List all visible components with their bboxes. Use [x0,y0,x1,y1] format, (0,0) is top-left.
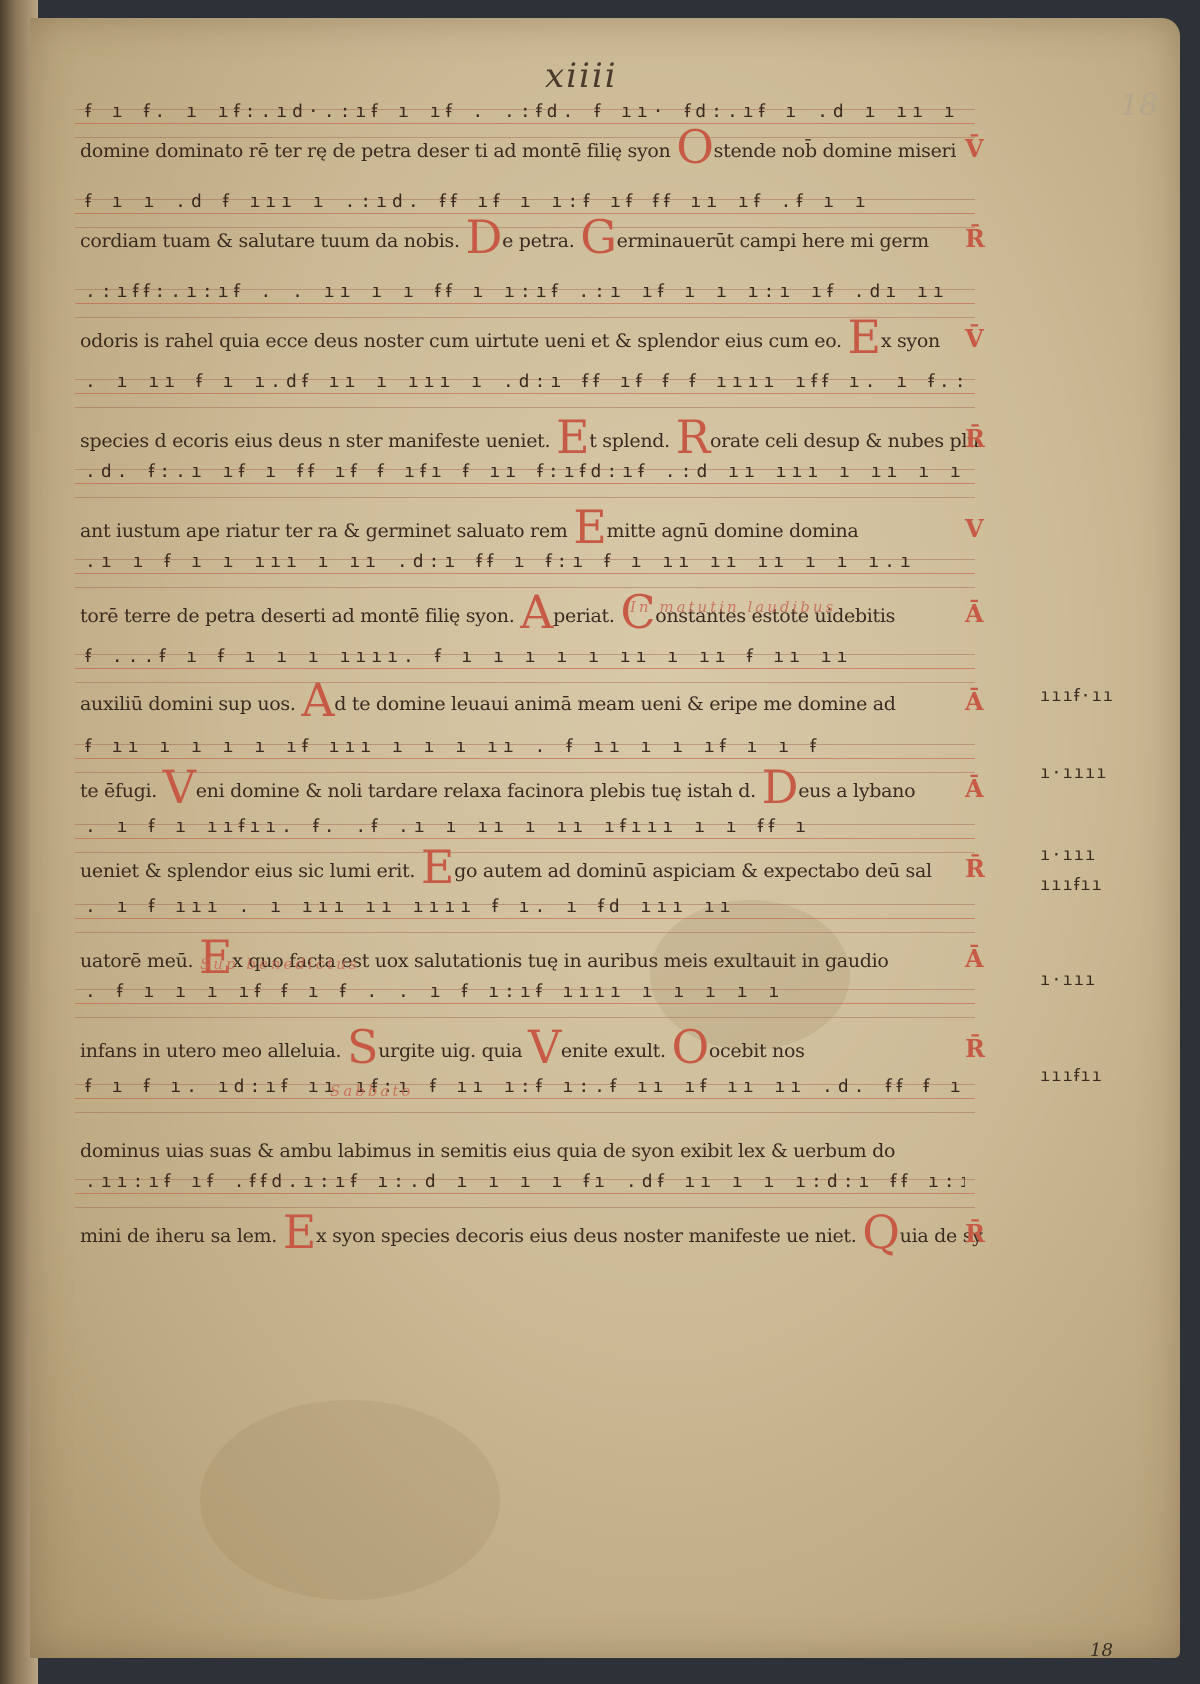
chant-text: mini de iheru sa lem. [80,1225,283,1247]
neume-row: .ıı:ıꞙ ıꞙ .ꞙꞙd.ı:ıꞙ ı:.d ı ı ı ı ꞙı .dꞙ … [85,1169,965,1193]
staff-line [75,918,975,919]
staff-line [75,1003,975,1004]
chant-text-line: species d ecoris eius deus n ster manife… [80,430,980,452]
staff-line [75,483,975,484]
manuscript-scan: xiiii 18 18 ꞙ ı ꞙ. ı ıꞙ:.ıd·.:ıꞙ ı ıꞙ . … [0,0,1200,1684]
chant-text: et & splendor eius cum eo. [591,330,848,352]
chant-text: species d ecoris eius deus n ster manife… [80,430,556,452]
chant-text: erminauerūt campi here mi germ [617,230,929,252]
staff-line [75,407,975,408]
chant-text: ant iustum ape riatur ter ra & germinet … [80,520,573,542]
chant-text: torē terre de petra deserti ad montē fil… [80,605,520,627]
rubricated-initial: V [163,760,196,814]
chant-text-line: cordiam tuam & salutare tuum da nobis. D… [80,230,980,252]
chant-text-line: ueniet & splendor eius sic lumi erit. Eg… [80,860,980,882]
neume-row: ꞙ ı ı .d ꞙ ııı ı .:ıd. ꞙꞙ ıꞙ ı ı:ꞙ ıꞙ ꞙꞙ… [85,189,965,213]
staff-line [75,123,975,124]
neume-row: . ꞙ ı ı ı ıꞙ ꞙ ı ꞙ . . ı ꞙ ı:ıꞙ ıııı ı ı… [85,979,965,1003]
staff-line [75,852,975,853]
folio-number-corner: 18 [1120,88,1158,123]
margin-neume: ı·ıııı [1040,763,1107,783]
chant-text-line: dominus uias suas & ambu labimus in semi… [80,1140,980,1162]
chant-text: x syon species decoris eius deus noster … [316,1225,862,1247]
chant-text: go autem ad dominū aspiciam & expectabo … [454,860,932,882]
chant-text: infans in utero meo alleluia. [80,1040,347,1062]
neume-row: . ı ıı ꞙ ı ı.dꞙ ıı ı ııı ı .d:ı ꞙꞙ ıꞙ ꞙ … [85,369,965,393]
margin-rubric-letter: R̄ [965,224,985,253]
chant-text: orate celi desup & nubes plu [710,430,979,452]
staff-line [75,1112,975,1113]
margin-rubric-letter: Ā [965,599,984,628]
rubricated-initial: A [520,585,553,639]
staff-line [75,1017,975,1018]
rubricated-initial: S [347,1020,378,1074]
rubricated-initial: O [672,1020,709,1074]
staff-line [75,772,975,773]
neume-row: .ı ı ꞙ ı ı ııı ı ıı .d:ı ꞙꞙ ı ꞙ:ı ꞙ ı ıı… [85,549,965,573]
rubricated-initial: R [676,410,710,464]
staff-line [75,573,975,574]
chant-text: enite exult. [561,1040,672,1062]
folio-numeral-top: xiiii [545,56,618,96]
staff-line [75,1193,975,1194]
margin-rubric-letter: R̄ [965,424,985,453]
rubricated-initial: E [573,500,606,554]
chant-text: cordiam tuam & salutare tuum da nobis. [80,230,465,252]
rubricated-initial: E [421,840,454,894]
chant-text: uatorē meū. [80,950,199,972]
chant-text-line: odoris is rahel quia ecce deus noster cu… [80,330,980,352]
neume-row: ꞙ ı ꞙ ı. ıd:ıꞙ ıı ıꞙ:ı ꞙ ıı ı:ꞙ ı:.ꞙ ıı … [85,1074,965,1098]
margin-neume: ıııꞙıı [1040,1063,1103,1086]
chant-text: dominus uias suas & ambu labimus in semi… [80,1140,738,1162]
margin-rubric-letter: Ā [965,687,984,716]
staff-line [75,137,975,138]
margin-rubric-letter: R̄ [965,1034,985,1063]
neume-row: ꞙ ı ꞙ. ı ıꞙ:.ıd·.:ıꞙ ı ıꞙ . .:ꞙd. ꞙ ıı· … [85,99,965,123]
chant-text: e petra. [502,230,580,252]
staff-line [75,758,975,759]
margin-rubric-letter: V̄ [965,324,984,353]
neume-row: .:ıꞙꞙ:.ı:ıꞙ . . ıı ı ı ꞙꞙ ı ı:ıꞙ .:ı ıꞙ … [85,279,965,303]
margin-rubric-letter: R̄ [965,1219,985,1248]
staff-line [75,317,975,318]
margin-neume: ıııꞙıı [1040,872,1103,895]
chant-text: x syon [881,330,940,352]
rubricated-initial: O [676,120,713,174]
staff-line [75,393,975,394]
rubricated-initial: Q [862,1205,899,1259]
neume-row: . ı ꞙ ı ııꞙıı. ꞙ. .ꞙ .ı ı ıı ı ıı ıꞙııı … [85,814,965,838]
staff-line [75,1207,975,1208]
margin-rubric-letter: V̄ [965,134,984,163]
margin-neume: ıııꞙ·ıı [1040,683,1114,706]
chant-text: periat. [553,605,620,627]
margin-rubric-letter: V [965,514,984,543]
chant-text-line: infans in utero meo alleluia. Surgite ui… [80,1040,980,1062]
rubric-note: In matutin laudibus [630,598,836,616]
chant-text: lex & uerbum do [738,1140,895,1162]
staff-line [75,213,975,214]
rubric-note: Sabbato [330,1082,413,1100]
staff-line [75,227,975,228]
parchment-stain [200,1400,500,1600]
chant-text-line: te ēfugi. Veni domine & noli tardare rel… [80,780,980,802]
rubricated-initial: A [301,673,334,727]
neume-row: . ı ꞙ ııı . ı ııı ıı ıııı ꞙ ı. ı ꞙd ııı … [85,894,965,918]
neume-row: ꞙ ıı ı ı ı ı ıꞙ ııı ı ı ı ıı . ꞙ ıı ı ı … [85,734,965,758]
margin-rubric-letter: R̄ [965,854,985,883]
chant-text: domine dominato rē ter rę de petra deser… [80,140,676,162]
folio-number-bottom: 18 [1090,1640,1113,1661]
chant-text: ocebit nos [709,1040,805,1062]
neume-row: .d. ꞙ:.ı ıꞙ ı ꞙꞙ ıꞙ ꞙ ıꞙı ꞙ ıı ꞙ:ıꞙd:ıꞙ … [85,459,965,483]
chant-text: d te domine leuaui animā meam ueni & eri… [334,693,895,715]
staff-line [75,682,975,683]
chant-text: urgite uig. quia [378,1040,528,1062]
rubricated-initial: G [580,210,616,264]
rubricated-initial: E [556,410,589,464]
staff-line [75,497,975,498]
chant-text: t splend. [589,430,675,452]
chant-text: eni domine & noli tardare relaxa facinor… [196,780,762,802]
rubricated-initial: D [465,210,502,264]
chant-text: eus a lybano [798,780,915,802]
margin-rubric-letter: Ā [965,944,984,973]
rubricated-initial: E [848,310,881,364]
staff-line [75,1098,975,1099]
chant-text-line: domine dominato rē ter rę de petra deser… [80,140,980,162]
chant-text: auxiliū domini sup uos. [80,693,301,715]
margin-neume: ı·ııı [1040,845,1096,865]
chant-text: mitte agnū domine domina [607,520,859,542]
staff-line [75,838,975,839]
chant-text-line: ant iustum ape riatur ter ra & germinet … [80,520,980,542]
chant-text-line: torē terre de petra deserti ad montē fil… [80,605,980,627]
rubricated-initial: V [528,1020,561,1074]
chant-text-line: mini de iheru sa lem. Ex syon species de… [80,1225,980,1247]
neume-row: ꞙ ...ꞙ ı ꞙ ı ı ı ıııı. ꞙ ı ı ı ı ı ıı ı … [85,644,965,668]
rubricated-initial: D [762,760,799,814]
margin-rubric-letter: Ā [965,774,984,803]
staff-line [75,668,975,669]
chant-text: ueniet & splendor eius sic lumi erit. [80,860,421,882]
chant-text: stende nob̄ domine miseri [714,140,956,162]
chant-text-line: auxiliū domini sup uos. Ad te domine leu… [80,693,980,715]
chant-text: odoris is rahel quia ecce deus noster cu… [80,330,591,352]
staff-line [75,303,975,304]
rubricated-initial: E [283,1205,316,1259]
margin-neume: ı·ııı [1040,970,1096,990]
rubric-note: Sup benedictus [200,955,360,973]
chant-text: te ēfugi. [80,780,163,802]
